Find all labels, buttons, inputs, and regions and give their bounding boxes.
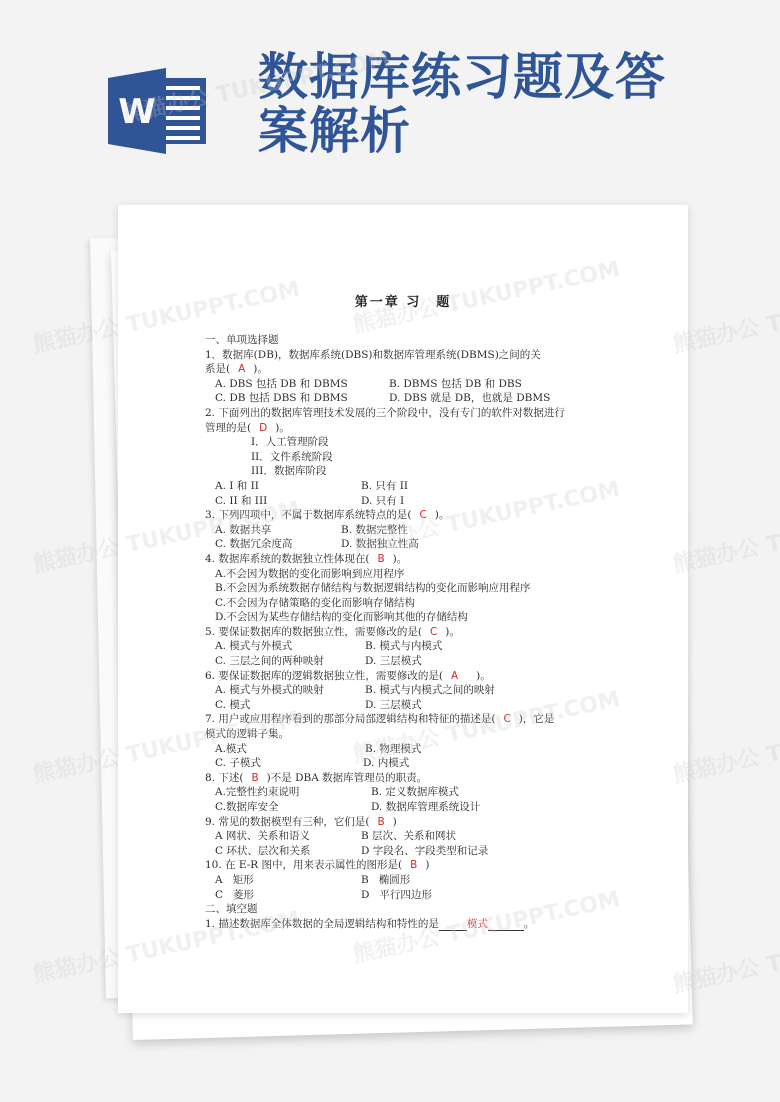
option: B 层次、关系和网状 — [361, 829, 456, 844]
question-1: 1．数据库(DB)，数据库系统(DBS)和数据库管理系统(DBMS)之间的关 系… — [205, 348, 615, 406]
option: A 矩形 — [215, 873, 361, 888]
question-2: 2. 下面列出的数据库管理技术发展的三个阶段中，没有专门的软件对数据进行 管理的… — [205, 406, 615, 508]
question-4: 4. 数据库系统的数据独立性体现在(B)。 A.不会因为数据的变化而影响到应用程… — [205, 552, 615, 625]
question-3: 3. 下列四项中，不属于数据库系统特点的是(C)。 A. 数据共享B. 数据完整… — [205, 508, 615, 552]
option: B. 模式与内模式 — [365, 639, 442, 654]
option: B. 只有 II — [361, 479, 408, 494]
question-stem-end: )不是 DBA 数据库管理员的职责。 — [267, 772, 428, 784]
answer-mark: A — [443, 670, 476, 682]
document-content: 一、单项选择题 1．数据库(DB)，数据库系统(DBS)和数据库管理系统(DBM… — [205, 333, 615, 931]
fill-question-1: 1. 描述数据库全体数据的全局逻辑结构和特性的是模式。 — [205, 917, 615, 932]
answer-mark: C — [495, 713, 518, 725]
option: D. 三层模式 — [365, 698, 422, 713]
question-stem: 管理的是( — [205, 422, 251, 434]
option: D. 三层模式 — [365, 654, 422, 669]
question-stem: 10. 在 E-R 图中，用来表示属性的图形是( — [205, 859, 402, 871]
question-9: 9. 常见的数据模型有三种，它们是(B) A 网状、关系和语义B 层次、关系和网… — [205, 815, 615, 859]
option: C. 三层之间的两种映射 — [215, 654, 365, 669]
answer-mark: C — [411, 509, 434, 521]
option: B. 数据完整性 — [341, 523, 408, 538]
question-stem: 5. 要保证数据库的数据独立性，需要修改的是( — [205, 626, 422, 638]
question-5: 5. 要保证数据库的数据独立性，需要修改的是(C)。 A. 模式与外模式B. 模… — [205, 625, 615, 669]
option: A. I 和 II — [215, 479, 361, 494]
option: C.不会因为存储策略的变化而影响存储结构 — [205, 596, 615, 611]
question-stem-end: ) — [393, 816, 397, 828]
chapter-title: 第一章 习 题 — [118, 291, 688, 310]
question-stem-end: )。 — [445, 626, 460, 638]
blank-line — [488, 919, 524, 931]
question-6: 6. 要保证数据库的逻辑数据独立性，需要修改的是(A)。 A. 模式与外模式的映… — [205, 669, 615, 713]
option: B. 定义数据库模式 — [371, 785, 459, 800]
option: D.不会因为某些存储结构的变化而影响其他的存储结构 — [205, 610, 615, 625]
answer-mark: B — [369, 553, 392, 565]
section-heading: 一、单项选择题 — [205, 333, 615, 348]
option: C.数据库安全 — [215, 800, 371, 815]
option: D. 内模式 — [363, 756, 409, 771]
question-stem-continued: 模式的逻辑子集。 — [205, 727, 615, 742]
svg-text:W: W — [118, 92, 156, 132]
question-8: 8. 下述(B)不是 DBA 数据库管理员的职责。 A.完整性约束说明B. 定义… — [205, 771, 615, 815]
option: C. 数据冗余度高 — [215, 537, 341, 552]
question-stem-end: )。 — [393, 553, 408, 565]
word-document-icon: W — [108, 68, 208, 154]
option: C 菱形 — [215, 888, 361, 903]
option: B.不会因为系统数据存储结构与数据逻辑结构的变化而影响应用程序 — [205, 581, 615, 596]
question-stem: 9. 常见的数据模型有三种，它们是( — [205, 816, 369, 828]
option: D. 数据库管理系统设计 — [371, 800, 480, 815]
question-stem: 系是( — [205, 363, 230, 375]
option: A. DBS 包括 DB 和 DBMS — [215, 377, 389, 392]
answer-mark: A — [230, 363, 253, 375]
sub-item: III．数据库阶段 — [205, 464, 615, 479]
question-stem-end: ) — [425, 859, 429, 871]
option: C. 模式 — [215, 698, 365, 713]
fill-answer: 模式 — [467, 918, 488, 930]
option: B 椭圆形 — [361, 873, 410, 888]
option: A.模式 — [215, 742, 365, 757]
question-stem: 4. 数据库系统的数据独立性体现在( — [205, 553, 369, 565]
answer-mark: B — [402, 859, 425, 871]
answer-mark: B — [369, 816, 392, 828]
option: A. 数据共享 — [215, 523, 341, 538]
question-stem-end: )。 — [253, 363, 268, 375]
blank-line — [439, 919, 467, 931]
answer-mark: C — [422, 626, 445, 638]
option: B. 模式与内模式之间的映射 — [365, 683, 495, 698]
question-stem: 7. 用户或应用程序看到的那部分局部逻辑结构和特征的描述是( — [205, 713, 495, 725]
question-stem: 3. 下列四项中，不属于数据库系统特点的是( — [205, 509, 411, 521]
option: B. 物理模式 — [365, 742, 421, 757]
fill-question-end: 。 — [524, 918, 535, 930]
option: A. 模式与外模式 — [215, 639, 365, 654]
question-7: 7. 用户或应用程序看到的那部分局部逻辑结构和特征的描述是(C)，它是 模式的逻… — [205, 712, 615, 770]
question-stem-end: )。 — [275, 422, 290, 434]
fill-question-text: 1. 描述数据库全体数据的全局逻辑结构和特性的是 — [205, 918, 439, 930]
option: D. DBS 就是 DB，也就是 DBMS — [389, 391, 550, 406]
option: A.完整性约束说明 — [215, 785, 371, 800]
question-stem-end: )，它是 — [519, 713, 555, 725]
answer-mark: B — [243, 772, 266, 784]
question-10: 10. 在 E-R 图中，用来表示属性的图形是(B) A 矩形B 椭圆形 C 菱… — [205, 858, 615, 902]
question-stem-end: )。 — [435, 509, 450, 521]
option: B. DBMS 包括 DB 和 DBS — [389, 377, 522, 392]
option: D 平行四边形 — [361, 888, 432, 903]
option: D 字段名、字段类型和记录 — [361, 844, 488, 859]
option: A 网状、关系和语义 — [215, 829, 361, 844]
option: A. 模式与外模式的映射 — [215, 683, 365, 698]
page-title: 数据库练习题及答案解析 — [258, 50, 698, 158]
option: D. 数据独立性高 — [341, 537, 419, 552]
question-stem: 6. 要保证数据库的逻辑数据独立性，需要修改的是( — [205, 670, 443, 682]
question-stem: 1．数据库(DB)，数据库系统(DBS)和数据库管理系统(DBMS)之间的关 — [205, 349, 541, 361]
question-stem-end: )。 — [476, 670, 491, 682]
question-stem: 2. 下面列出的数据库管理技术发展的三个阶段中，没有专门的软件对数据进行 — [205, 407, 565, 419]
question-stem: 8. 下述( — [205, 772, 243, 784]
option: C. II 和 III — [215, 494, 361, 509]
option: C. 子模式 — [215, 756, 363, 771]
option: C. DB 包括 DBS 和 DBMS — [215, 391, 389, 406]
document-page: 第一章 习 题 一、单项选择题 1．数据库(DB)，数据库系统(DBS)和数据库… — [118, 205, 688, 1013]
page-header: W 数据库练习题及答案解析 — [0, 0, 780, 190]
option: D. 只有 I — [361, 494, 404, 509]
sub-item: II．文件系统阶段 — [205, 450, 615, 465]
option: C 环状、层次和关系 — [215, 844, 361, 859]
sub-item: I．人工管理阶段 — [205, 435, 615, 450]
option: A.不会因为数据的变化而影响到应用程序 — [205, 567, 615, 582]
section-heading: 二、填空题 — [205, 902, 615, 917]
answer-mark: D — [251, 422, 275, 434]
